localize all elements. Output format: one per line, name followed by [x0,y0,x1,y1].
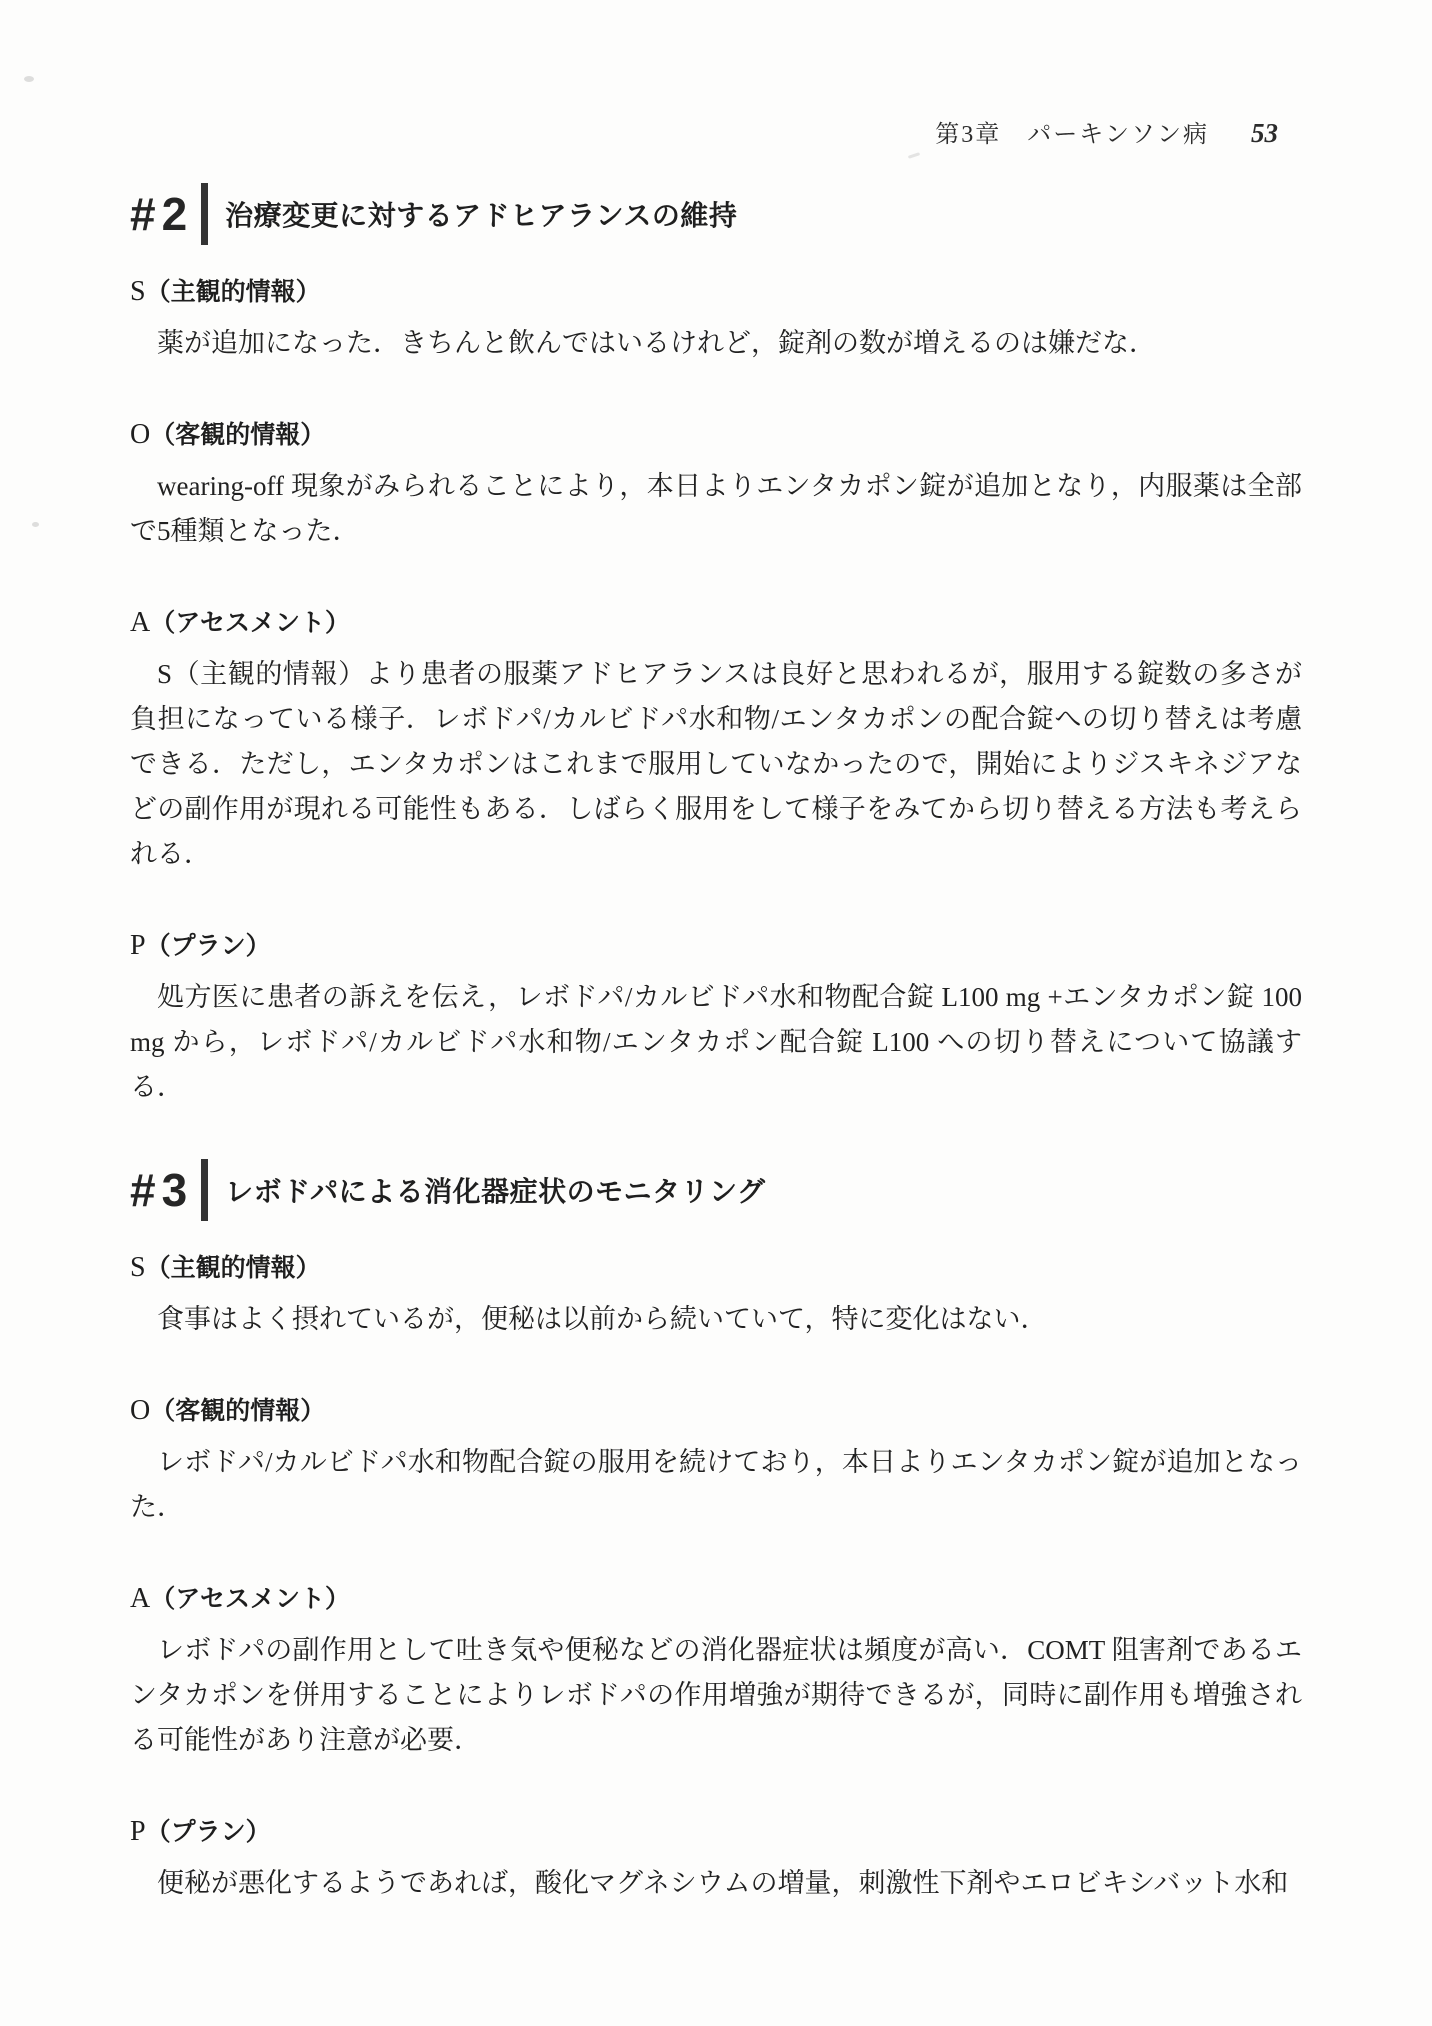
soap-label-subjective: S（主観的情報） [130,1248,1302,1284]
soap-label-objective: O（客観的情報） [130,1391,1302,1427]
section-3-number: #3 [130,1167,193,1213]
heading-bar [201,1159,208,1221]
soap-letter: P [130,930,146,961]
soap-desc: （アセスメント） [150,609,350,637]
soap-desc: （アセスメント） [150,1585,350,1613]
soap-text-assessment: S（主観的情報）より患者の服薬アドヒアランスは良好と思われるが，服用する錠数の多… [130,652,1302,877]
soap-block-a: A（アセスメント） レボドパの副作用として吐き気や便秘などの消化器症状は頻度が高… [130,1579,1302,1763]
soap-label-assessment: A（アセスメント） [130,1579,1302,1615]
scan-artifact [32,522,39,527]
soap-text-objective: wearing-off 現象がみられることにより，本日よりエンタカポン錠が追加と… [130,464,1302,554]
soap-block-a: A（アセスメント） S（主観的情報）より患者の服薬アドヒアランスは良好と思われる… [130,603,1302,877]
soap-desc: （プラン） [146,1818,271,1846]
soap-label-plan: P（プラン） [130,1812,1302,1848]
soap-letter: O [130,419,150,450]
soap-letter: O [130,1395,150,1426]
soap-block-p: P（プラン） 処方医に患者の訴えを伝え，レボドパ/カルビドパ水和物配合錠 L10… [130,926,1302,1110]
section-3-title: レボドパによる消化器症状のモニタリング [225,1170,765,1210]
soap-text-assessment: レボドパの副作用として吐き気や便秘などの消化器症状は頻度が高い．COMT 阻害剤… [130,1628,1302,1763]
section-2-title: 治療変更に対するアドヒアランスの維持 [225,194,737,234]
scan-artifact [908,152,920,159]
section-3: #3 レボドパによる消化器症状のモニタリング S（主観的情報） 食事はよく摂れて… [130,1159,1302,1906]
soap-block-s: S（主観的情報） 薬が追加になった．きちんと飲んではいるけれど，錠剤の数が増える… [130,272,1302,366]
book-page: 第3章 パーキンソン病 53 #2 治療変更に対するアドヒアランスの維持 S（主… [0,0,1432,2026]
soap-text-plan: 便秘が悪化するようであれば，酸化マグネシウムの増量，刺激性下剤やエロビキシバット… [130,1861,1302,1906]
soap-block-s: S（主観的情報） 食事はよく摂れているが，便秘は以前から続いていて，特に変化はな… [130,1248,1302,1342]
soap-letter: S [130,276,146,307]
soap-desc: （主観的情報） [146,278,321,306]
scan-artifact [303,1310,308,1317]
chapter-title: 第3章 パーキンソン病 [935,114,1209,149]
section-2-number: #2 [130,191,193,237]
page-number: 53 [1251,118,1278,149]
scan-artifact [24,76,34,82]
soap-label-subjective: S（主観的情報） [130,272,1302,308]
soap-block-p: P（プラン） 便秘が悪化するようであれば，酸化マグネシウムの増量，刺激性下剤やエ… [130,1812,1302,1906]
soap-block-o: O（客観的情報） レボドパ/カルビドパ水和物配合錠の服用を続けており，本日よりエ… [130,1391,1302,1530]
soap-text-subjective: 食事はよく摂れているが，便秘は以前から続いていて，特に変化はない． [130,1297,1302,1342]
soap-letter: S [130,1252,146,1283]
soap-label-assessment: A（アセスメント） [130,603,1302,639]
section-3-heading: #3 レボドパによる消化器症状のモニタリング [130,1159,1302,1221]
running-header: 第3章 パーキンソン病 53 [130,114,1302,149]
soap-letter: A [130,1583,150,1614]
soap-block-o: O（客観的情報） wearing-off 現象がみられることにより，本日よりエン… [130,415,1302,554]
heading-bar [201,183,208,245]
soap-desc: （客観的情報） [150,1397,325,1425]
soap-label-objective: O（客観的情報） [130,415,1302,451]
soap-text-objective: レボドパ/カルビドパ水和物配合錠の服用を続けており，本日よりエンタカポン錠が追加… [130,1440,1302,1530]
soap-letter: P [130,1816,146,1847]
soap-desc: （客観的情報） [150,421,325,449]
soap-letter: A [130,607,150,638]
soap-desc: （プラン） [146,932,271,960]
section-2-heading: #2 治療変更に対するアドヒアランスの維持 [130,183,1302,245]
soap-label-plan: P（プラン） [130,926,1302,962]
soap-text-subjective: 薬が追加になった．きちんと飲んではいるけれど，錠剤の数が増えるのは嫌だな． [130,321,1302,366]
section-2: #2 治療変更に対するアドヒアランスの維持 S（主観的情報） 薬が追加になった．… [130,183,1302,1110]
soap-desc: （主観的情報） [146,1254,321,1282]
soap-text-plan: 処方医に患者の訴えを伝え，レボドパ/カルビドパ水和物配合錠 L100 mg +エ… [130,975,1302,1110]
